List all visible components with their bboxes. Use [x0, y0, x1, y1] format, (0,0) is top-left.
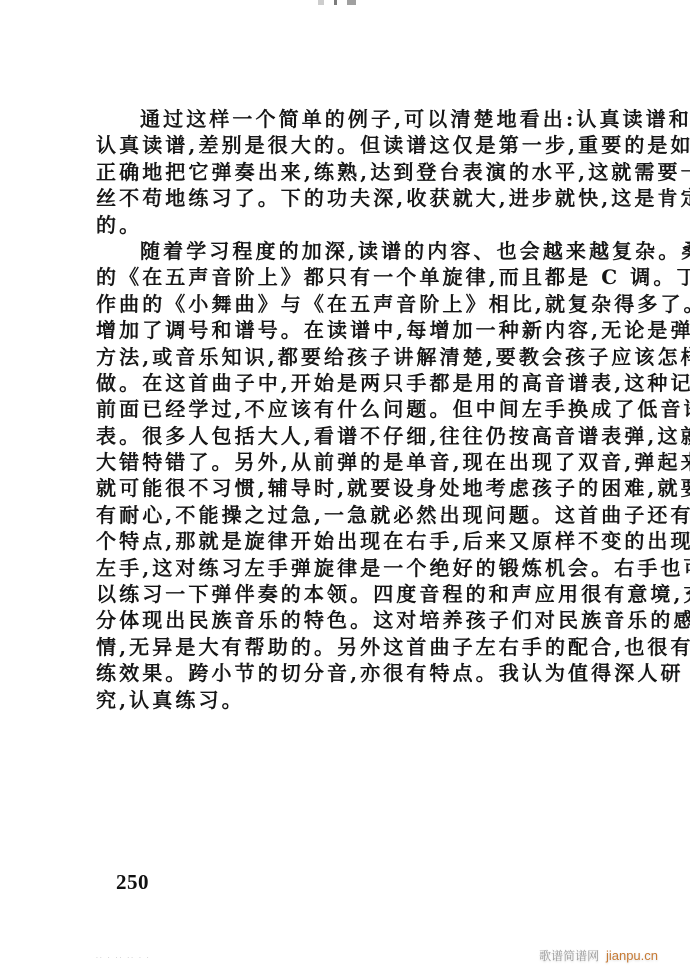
text-line: 分体现出民族音乐的特色。这对培养孩子们对民族音乐的感 [96, 607, 616, 633]
text-line: 练效果。跨小节的切分音,亦很有特点。我认为值得深人研 [96, 660, 616, 686]
text-line: 方法,或音乐知识,都要给孩子讲解清楚,要教会孩子应该怎样 [96, 344, 616, 370]
text-line: 的。 [96, 212, 616, 238]
text-line: 表。很多人包括大人,看谱不仔细,往往仍按高音谱表弹,这就 [96, 423, 616, 449]
text-line: 就可能很不习惯,辅导时,就要设身处地考虑孩子的困难,就要 [96, 475, 616, 501]
page-number: 250 [116, 870, 149, 895]
text-line: 认真读谱,差别是很大的。但读谱这仅是第一步,重要的是如何 [96, 132, 616, 158]
text-line: 左手,这对练习左手弹旋律是一个绝好的锻炼机会。右手也可 [96, 555, 616, 581]
running-header-fragment [318, 0, 358, 6]
text-line: 随着学习程度的加深,读谱的内容、也会越来越复杂。桑桐 [96, 238, 616, 264]
text-line: 作曲的《小舞曲》与《在五声音阶上》相比,就复杂得多了。首先 [96, 291, 616, 317]
text-line: 通过这样一个简单的例子,可以清楚地看出:认真读谱和不 [96, 106, 616, 132]
watermark-url: jianpu.cn [606, 948, 658, 963]
text-line: 究,认真练习。 [96, 687, 616, 713]
text-line: 有耐心,不能操之过急,一急就必然出现问题。这首曲子还有一 [96, 502, 616, 528]
text-line: 前面已经学过,不应该有什么问题。但中间左手换成了低音谱 [96, 396, 616, 422]
header-mark [318, 0, 324, 5]
text-line: 以练习一下弹伴奏的本领。四度音程的和声应用很有意境,充 [96, 581, 616, 607]
text-line: 丝不苟地练习了。下的功夫深,收获就大,进步就快,这是肯定 [96, 185, 616, 211]
text-line: 个特点,那就是旋律开始出现在右手,后来又原样不变的出现在 [96, 528, 616, 554]
text-line: 做。在这首曲子中,开始是两只手都是用的高音谱表,这种记谱 [96, 370, 616, 396]
watermark-text: 歌谱简谱网 [539, 949, 599, 963]
watermark: 歌谱简谱网 jianpu.cn [539, 947, 658, 964]
text-line: 增加了调号和谱号。在读谱中,每增加一种新内容,无论是弹奏 [96, 317, 616, 343]
text-line: 大错特错了。另外,从前弹的是单音,现在出现了双音,弹起来 [96, 449, 616, 475]
text-line: 情,无异是大有帮助的。另外这首曲子左右手的配合,也很有训 [96, 634, 616, 660]
header-mark [334, 0, 337, 5]
body-text: 通过这样一个简单的例子,可以清楚地看出:认真读谱和不 认真读谱,差别是很大的。但… [96, 106, 616, 713]
text-line: 正确地把它弹奏出来,练熟,达到登台表演的水平,这就需要一 [96, 159, 616, 185]
paragraph-1: 通过这样一个简单的例子,可以清楚地看出:认真读谱和不 认真读谱,差别是很大的。但… [96, 106, 616, 238]
text-line: 的《在五声音阶上》都只有一个单旋律,而且都是 C 调。丁善德 [96, 264, 616, 290]
header-mark [347, 0, 356, 5]
paragraph-2: 随着学习程度的加深,读谱的内容、也会越来越复杂。桑桐 的《在五声音阶上》都只有一… [96, 238, 616, 713]
scan-specks: ·· · ·· ·· · · [96, 955, 151, 962]
